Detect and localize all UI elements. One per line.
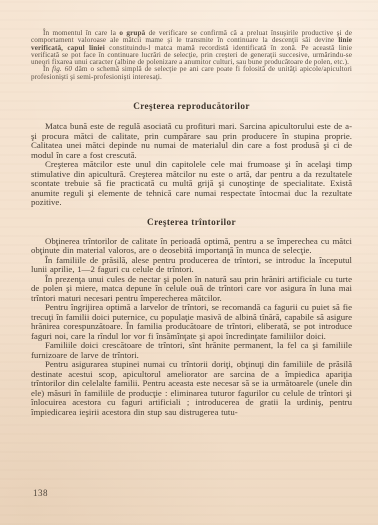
section-heading-cresterea-reproducatorilor: Creşterea reproducătorilor [31, 101, 352, 112]
text-segment: dăm o schemă simplă de selecţie pe ani c… [31, 65, 352, 80]
body-paragraph: Pentru îngrijirea optimă a larvelor de t… [31, 303, 352, 341]
body-paragraph: Obţinerea trîntorilor de calitate în per… [31, 237, 352, 256]
page-number: 138 [33, 488, 48, 498]
section-cresterea-reproducatorilor: Matca bună este de regulă asociată cu pr… [31, 122, 352, 208]
body-paragraph: În familiile de prăsilă, alese pentru pr… [31, 256, 352, 275]
intro-paragraph-1: În momentul în care la o grupă de verifi… [31, 30, 352, 66]
body-paragraph: Matca bună este de regulă asociată cu pr… [31, 122, 352, 160]
section-heading-cresterea-trintorilor: Creşterea trîntorilor [31, 217, 352, 228]
section-cresterea-trintorilor: Obţinerea trîntorilor de calitate în per… [31, 237, 352, 418]
intro-paragraph-2: În fig. 60 dăm o schemă simplă de selecţ… [31, 66, 352, 81]
body-paragraph: În prezenţa unui cules de nectar şi pole… [31, 275, 352, 304]
body-paragraph: Familiile doici crescătoare de trîntori,… [31, 341, 352, 360]
book-page: În momentul în care la o grupă de verifi… [0, 0, 378, 525]
body-paragraph: Creşterea mătcilor este unul din capitol… [31, 160, 352, 208]
body-paragraph: Pentru asigurarea stupinei numai cu trîn… [31, 360, 352, 417]
continued-text-block: În momentul în care la o grupă de verifi… [31, 30, 352, 81]
